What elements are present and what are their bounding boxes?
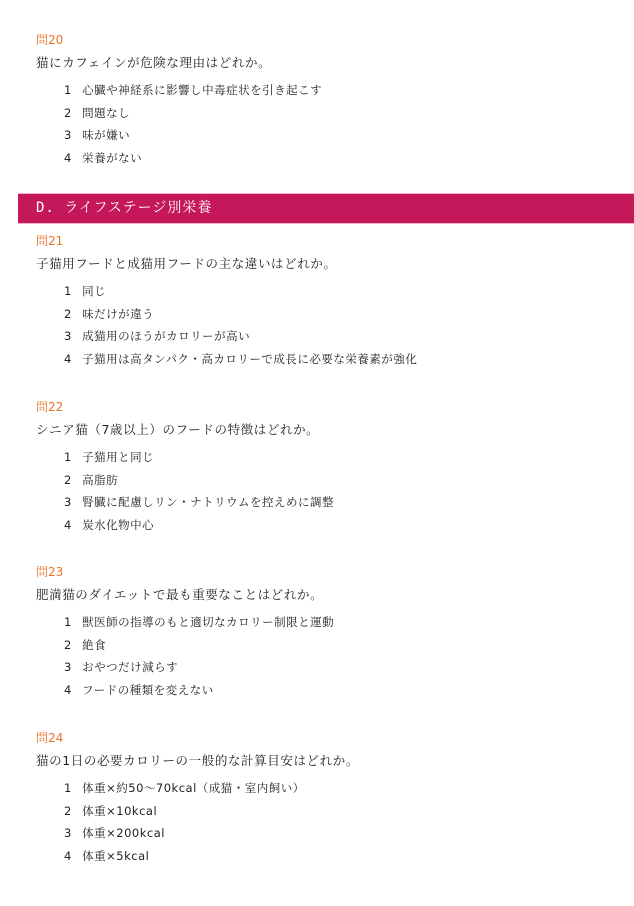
question-number: 問24 — [36, 729, 359, 747]
option-3: 3 味が嫌い — [64, 124, 322, 147]
question-text: 肥満猫のダイエットで最も重要なことはどれか。 — [36, 585, 334, 605]
question-24: 問24 猫の1日の必要カロリーの一般的な計算目安はどれか。 1 体重×約50〜7… — [36, 729, 359, 867]
option-1: 1 子猫用と同じ — [64, 446, 334, 469]
question-number: 問21 — [36, 232, 417, 250]
option-1: 1 獣医師の指導のもと適切なカロリー制限と運動 — [64, 611, 334, 634]
option-1: 1 体重×約50〜70kcal（成猫・室内飼い） — [64, 777, 359, 800]
question-22: 問22 シニア猫（7歳以上）のフードの特徴はどれか。 1 子猫用と同じ 2 高脂… — [36, 398, 334, 536]
question-number: 問23 — [36, 563, 334, 581]
option-4: 4 子猫用は高タンパク・高カロリーで成長に必要な栄養素が強化 — [64, 348, 417, 371]
option-4: 4 フードの種類を変えない — [64, 679, 334, 702]
option-list: 1 体重×約50〜70kcal（成猫・室内飼い） 2 体重×10kcal 3 体… — [64, 777, 359, 867]
option-2: 2 問題なし — [64, 102, 322, 125]
question-20: 問20 猫にカフェインが危険な理由はどれか。 1 心臓や神経系に影響し中毒症状を… — [36, 31, 322, 169]
question-text: 猫の1日の必要カロリーの一般的な計算目安はどれか。 — [36, 751, 359, 771]
option-1: 1 同じ — [64, 280, 417, 303]
option-list: 1 獣医師の指導のもと適切なカロリー制限と運動 2 絶食 3 おやつだけ減らす … — [64, 611, 334, 701]
option-2: 2 高脂肪 — [64, 469, 334, 492]
option-2: 2 絶食 — [64, 634, 334, 657]
option-4: 4 栄養がない — [64, 147, 322, 170]
option-3: 3 腎臓に配慮しリン・ナトリウムを控えめに調整 — [64, 491, 334, 514]
option-list: 1 同じ 2 味だけが違う 3 成猫用のほうがカロリーが高い 4 子猫用は高タン… — [64, 280, 417, 370]
option-3: 3 成猫用のほうがカロリーが高い — [64, 325, 417, 348]
option-2: 2 体重×10kcal — [64, 800, 359, 823]
question-number: 問22 — [36, 398, 334, 416]
section-title: D. ライフステージ別栄養 — [36, 194, 212, 223]
option-list: 1 子猫用と同じ 2 高脂肪 3 腎臓に配慮しリン・ナトリウムを控えめに調整 4… — [64, 446, 334, 536]
question-21: 問21 子猫用フードと成猫用フードの主な違いはどれか。 1 同じ 2 味だけが違… — [36, 232, 417, 370]
question-text: 子猫用フードと成猫用フードの主な違いはどれか。 — [36, 254, 417, 274]
section-header: D. ライフステージ別栄養 — [18, 193, 634, 224]
option-3: 3 おやつだけ減らす — [64, 656, 334, 679]
option-4: 4 体重×5kcal — [64, 845, 359, 868]
option-2: 2 味だけが違う — [64, 303, 417, 326]
question-text: 猫にカフェインが危険な理由はどれか。 — [36, 53, 322, 73]
question-number: 問20 — [36, 31, 322, 49]
question-text: シニア猫（7歳以上）のフードの特徴はどれか。 — [36, 420, 334, 440]
option-list: 1 心臓や神経系に影響し中毒症状を引き起こす 2 問題なし 3 味が嫌い 4 栄… — [64, 79, 322, 169]
option-3: 3 体重×200kcal — [64, 822, 359, 845]
option-1: 1 心臓や神経系に影響し中毒症状を引き起こす — [64, 79, 322, 102]
option-4: 4 炭水化物中心 — [64, 514, 334, 537]
question-23: 問23 肥満猫のダイエットで最も重要なことはどれか。 1 獣医師の指導のもと適切… — [36, 563, 334, 701]
